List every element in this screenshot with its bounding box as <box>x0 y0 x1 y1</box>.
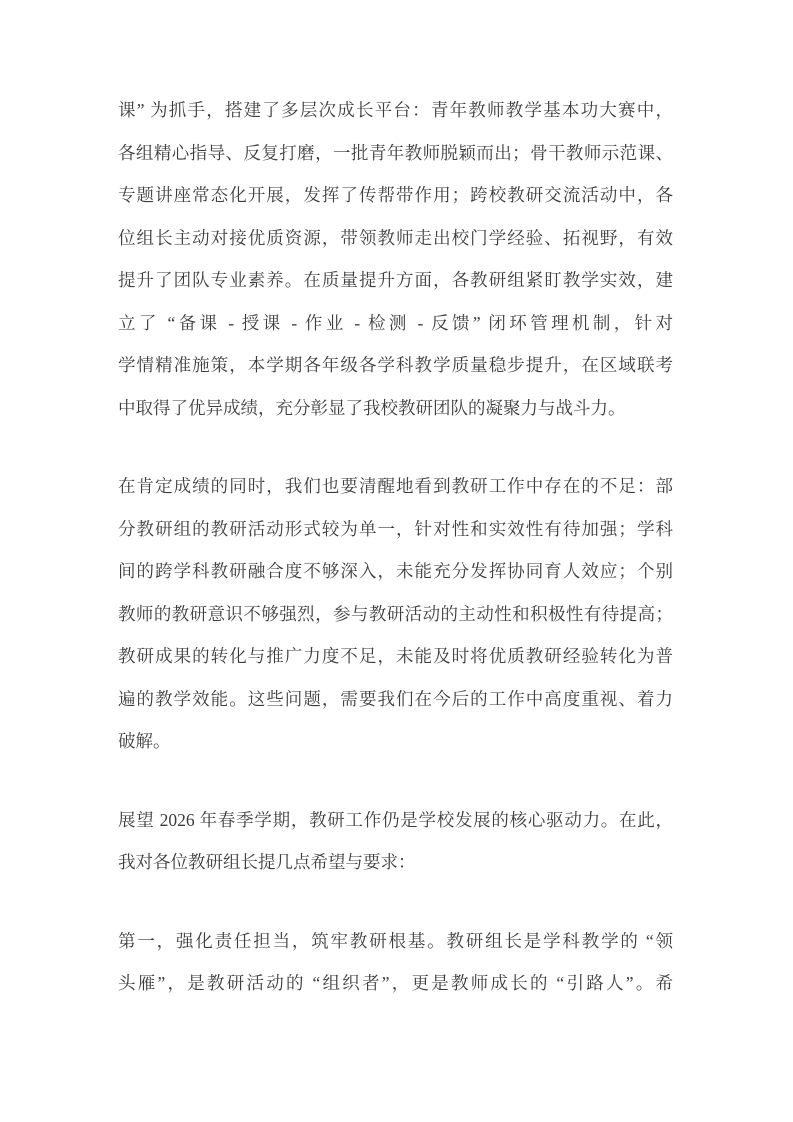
paragraph: 展望 2026 年春季学期，教研工作仍是学校发展的核心驱动力。在此， 我对各位教… <box>118 799 673 884</box>
text-line: 学情精准施策，本学期各年级各学科教学质量稳步提升，在区域联考 <box>118 344 673 387</box>
text-line: 在肯定成绩的同时，我们也要清醒地看到教研工作中存在的不足：部 <box>118 465 673 508</box>
text-line: 我对各位教研组长提几点希望与要求： <box>118 841 673 884</box>
text-line: 教师的教研意识不够强烈，参与教研活动的主动性和积极性有待提高； <box>118 593 673 636</box>
text-line: 间的跨学科教研融合度不够深入，未能充分发挥协同育人效应；个别 <box>118 550 673 593</box>
text-line: 课” 为抓手，搭建了多层次成长平台：青年教师教学基本功大赛中， <box>118 89 673 132</box>
text-line: 立了 “备课 - 授课 - 作业 - 检测 - 反馈” 闭环管理机制，针对 <box>118 302 673 345</box>
text-line: 提升了团队专业素养。在质量提升方面，各教研组紧盯教学实效，建 <box>118 259 673 302</box>
text-line: 专题讲座常态化开展，发挥了传帮带作用；跨校教研交流活动中，各 <box>118 174 673 217</box>
document-page: 课” 为抓手，搭建了多层次成长平台：青年教师教学基本功大赛中， 各组精心指导、反… <box>0 0 793 1122</box>
text-line: 破解。 <box>118 720 673 763</box>
text-line: 展望 2026 年春季学期，教研工作仍是学校发展的核心驱动力。在此， <box>118 799 673 842</box>
text-line: 中取得了优异成绩，充分彰显了我校教研团队的凝聚力与战斗力。 <box>118 387 673 430</box>
paragraph: 在肯定成绩的同时，我们也要清醒地看到教研工作中存在的不足：部 分教研组的教研活动… <box>118 465 673 763</box>
text-line: 各组精心指导、反复打磨，一批青年教师脱颖而出；骨干教师示范课、 <box>118 132 673 175</box>
paragraph: 课” 为抓手，搭建了多层次成长平台：青年教师教学基本功大赛中， 各组精心指导、反… <box>118 89 673 429</box>
text-line: 教研成果的转化与推广力度不足，未能及时将优质教研经验转化为普 <box>118 635 673 678</box>
text-line: 位组长主动对接优质资源，带领教师走出校门学经验、拓视野，有效 <box>118 217 673 260</box>
page-content: 课” 为抓手，搭建了多层次成长平台：青年教师教学基本功大赛中， 各组精心指导、反… <box>0 0 793 1005</box>
text-line: 遍的教学效能。这些问题，需要我们在今后的工作中高度重视、着力 <box>118 678 673 721</box>
text-line: 头雁”，是教研活动的 “组织者”，更是教师成长的 “引路人”。希 <box>118 962 673 1005</box>
text-line: 第一，强化责任担当，筑牢教研根基。教研组长是学科教学的 “领 <box>118 920 673 963</box>
text-line: 分教研组的教研活动形式较为单一，针对性和实效性有待加强；学科 <box>118 508 673 551</box>
paragraph: 第一，强化责任担当，筑牢教研根基。教研组长是学科教学的 “领 头雁”，是教研活动… <box>118 920 673 1005</box>
